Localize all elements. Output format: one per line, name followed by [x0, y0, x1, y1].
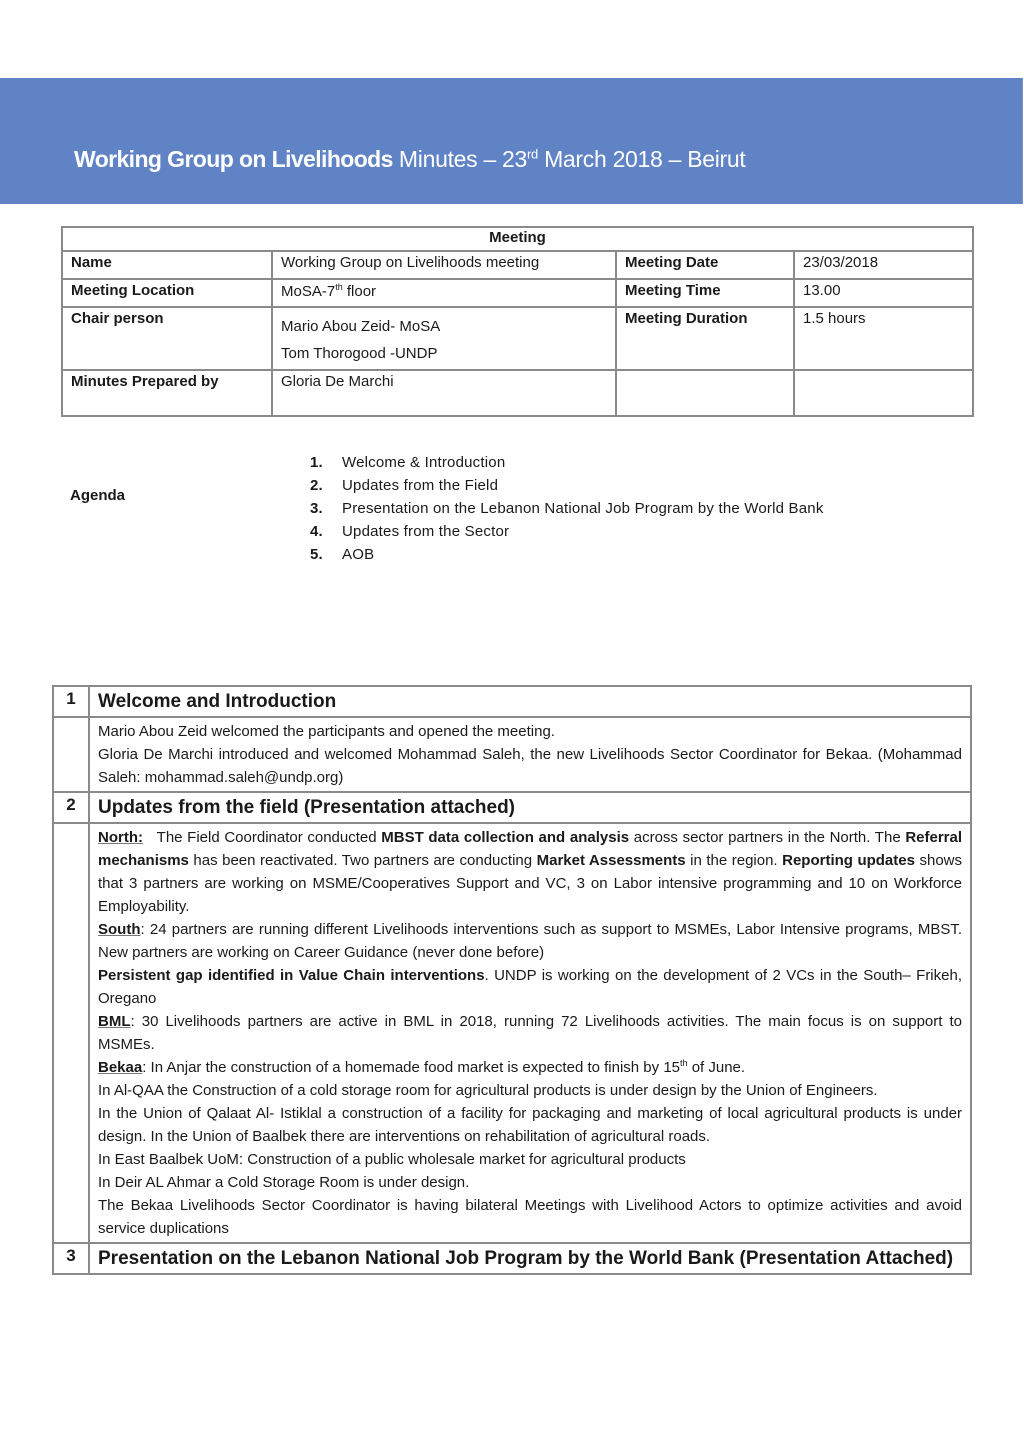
section-number: 1 — [53, 686, 89, 717]
agenda-item: 1.Welcome & Introduction — [310, 453, 824, 476]
region-label: South — [98, 921, 141, 938]
text: of June. — [688, 1059, 746, 1076]
agenda-text: Updates from the Sector — [342, 523, 509, 540]
minutes-table: 1 Welcome and Introduction Mario Abou Ze… — [52, 685, 972, 1275]
agenda-text: AOB — [342, 546, 374, 563]
superscript: th — [680, 1058, 688, 1068]
document-title: Working Group on Livelihoods Minutes – 2… — [74, 146, 746, 173]
location-text: floor — [343, 283, 376, 300]
agenda-number: 2. — [310, 476, 342, 496]
agenda-item: 3.Presentation on the Lebanon National J… — [310, 499, 824, 522]
time-value: 13.00 — [794, 279, 973, 307]
text: : 30 Livelihoods partners are active in … — [98, 1013, 962, 1053]
title-superscript: rd — [527, 146, 538, 161]
chair-value: Mario Abou Zeid- MoSATom Thorogood -UNDP — [272, 307, 616, 370]
section-body: Mario Abou Zeid welcomed the participant… — [89, 717, 971, 792]
text: across sector partners in the North. The — [629, 829, 905, 846]
date-label: Meeting Date — [616, 251, 794, 279]
chair-label: Chair person — [62, 307, 272, 370]
name-value: Working Group on Livelihoods meeting — [272, 251, 616, 279]
agenda-item: 5.AOB — [310, 545, 824, 568]
region-label: North: — [98, 829, 143, 846]
text: has been reactivated. Two partners are c… — [189, 852, 537, 869]
empty-cell — [616, 370, 794, 416]
section-title: Presentation on the Lebanon National Job… — [89, 1243, 971, 1274]
section-number: 2 — [53, 792, 89, 823]
agenda-text: Presentation on the Lebanon National Job… — [342, 500, 824, 517]
title-bold-part: Working Group on Livelihoods — [74, 146, 393, 172]
bold-text: Reporting updates — [782, 852, 915, 869]
meeting-table-header: Meeting — [62, 227, 973, 251]
south-paragraph: South: 24 partners are running different… — [98, 918, 962, 964]
text: in the region. — [686, 852, 782, 869]
date-value: 23/03/2018 — [794, 251, 973, 279]
location-sup: th — [335, 282, 343, 292]
agenda-text: Updates from the Field — [342, 477, 498, 494]
section-number-empty — [53, 717, 89, 792]
section-body: North: The Field Coordinator conducted M… — [89, 823, 971, 1243]
duration-value: 1.5 hours — [794, 307, 973, 370]
title-part: Minutes – 23 — [393, 146, 527, 172]
location-value: MoSA-7th floor — [272, 279, 616, 307]
region-label: BML — [98, 1013, 131, 1030]
gap-paragraph: Persistent gap identified in Value Chain… — [98, 964, 962, 1010]
empty-cell — [794, 370, 973, 416]
text: The Field Coordinator conducted — [143, 829, 381, 846]
chair-person: Mario Abou Zeid- MoSA — [281, 313, 607, 340]
agenda-label: Agenda — [70, 487, 125, 504]
bold-text: Persistent gap identified in Value Chain… — [98, 967, 485, 984]
duration-label: Meeting Duration — [616, 307, 794, 370]
section-title: Updates from the field (Presentation att… — [89, 792, 971, 823]
agenda-list: 1.Welcome & Introduction 2.Updates from … — [310, 453, 824, 568]
section-number: 3 — [53, 1243, 89, 1274]
agenda-number: 1. — [310, 453, 342, 473]
agenda-number: 4. — [310, 522, 342, 542]
meeting-info-table: Meeting Name Working Group on Livelihood… — [61, 226, 974, 417]
section-header-row: 3 Presentation on the Lebanon National J… — [53, 1243, 971, 1274]
minutes-paragraph: In East Baalbek UoM: Construction of a p… — [98, 1148, 962, 1171]
agenda-text: Welcome & Introduction — [342, 454, 505, 471]
section-header-row: 1 Welcome and Introduction — [53, 686, 971, 717]
agenda-number: 3. — [310, 499, 342, 519]
region-label: Bekaa — [98, 1059, 142, 1076]
minutes-paragraph: The Bekaa Livelihoods Sector Coordinator… — [98, 1194, 962, 1240]
bold-text: MBST data collection and analysis — [381, 829, 629, 846]
name-label: Name — [62, 251, 272, 279]
location-text: MoSA-7 — [281, 283, 335, 300]
section-body-row: Mario Abou Zeid welcomed the participant… — [53, 717, 971, 792]
bekaa-paragraph: Bekaa: In Anjar the construction of a ho… — [98, 1056, 962, 1079]
text: : In Anjar the construction of a homemad… — [142, 1059, 680, 1076]
north-paragraph: North: The Field Coordinator conducted M… — [98, 826, 962, 918]
chair-person: Tom Thorogood -UNDP — [281, 340, 607, 367]
section-header-row: 2 Updates from the field (Presentation a… — [53, 792, 971, 823]
section-number-empty — [53, 823, 89, 1243]
agenda-number: 5. — [310, 545, 342, 565]
time-label: Meeting Time — [616, 279, 794, 307]
section-title: Welcome and Introduction — [89, 686, 971, 717]
minutes-paragraph: Mario Abou Zeid welcomed the participant… — [98, 720, 962, 743]
bml-paragraph: BML: 30 Livelihoods partners are active … — [98, 1010, 962, 1056]
prepared-by-label: Minutes Prepared by — [62, 370, 272, 416]
text: : 24 partners are running different Live… — [98, 921, 962, 961]
agenda-item: 4.Updates from the Sector — [310, 522, 824, 545]
prepared-by-value: Gloria De Marchi — [272, 370, 616, 416]
minutes-paragraph: In Deir AL Ahmar a Cold Storage Room is … — [98, 1171, 962, 1194]
section-body-row: North: The Field Coordinator conducted M… — [53, 823, 971, 1243]
bold-text: Market Assessments — [537, 852, 686, 869]
title-banner: Working Group on Livelihoods Minutes – 2… — [0, 78, 1023, 204]
location-label: Meeting Location — [62, 279, 272, 307]
minutes-paragraph: In Al-QAA the Construction of a cold sto… — [98, 1079, 962, 1102]
title-part: March 2018 – Beirut — [538, 146, 746, 172]
agenda-item: 2.Updates from the Field — [310, 476, 824, 499]
minutes-paragraph: Gloria De Marchi introduced and welcomed… — [98, 743, 962, 789]
minutes-paragraph: In the Union of Qalaat Al- Istiklal a co… — [98, 1102, 962, 1148]
